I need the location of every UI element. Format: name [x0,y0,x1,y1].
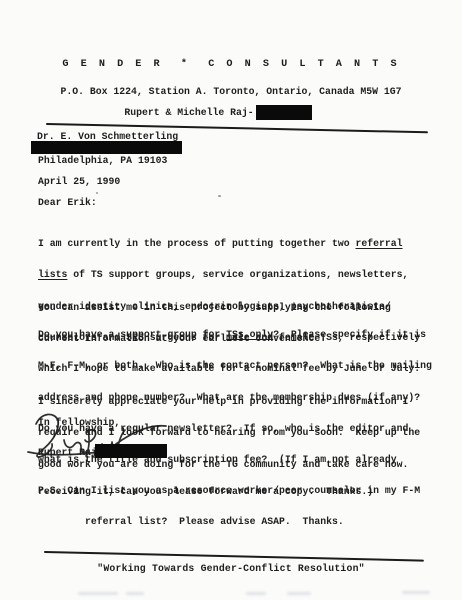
signer-name: Rupert Raj- [38,447,103,458]
org-name: G E N D E R * C O N S U L T A N T S [0,59,462,70]
line-text: P.S. Can I list you as a resource worker… [38,485,420,496]
underlined-text: lists [38,269,67,280]
scan-smudge [126,592,144,595]
redaction-box-signature [95,444,167,458]
scan-smudge [287,592,311,595]
line-text: Do you have a support group for [38,329,226,340]
scan-smudge [402,591,430,594]
scan-speck [218,195,221,197]
line-text: referral list? Please advise ASAP. Thank… [38,516,344,527]
footer-motto: "Working Towards Gender-Conflict Resolut… [0,563,462,574]
scan-smudge [78,592,118,595]
underlined-text: referral [355,238,402,249]
postscript: P.S. Can I list you as a resource worker… [38,465,420,549]
redaction-box-address [31,141,182,154]
line-text: I am currently in the process of putting… [38,238,355,249]
letter-line: lists of TS support groups, service orga… [38,270,420,280]
letter-line: referral list? Please advise ASAP. Thank… [38,517,420,527]
letter-line: Do you have a support group for TSs only… [38,330,432,340]
scanned-letter-page: G E N D E R * C O N S U L T A N T S P.O.… [0,0,462,600]
letter-line: I am currently in the process of putting… [38,239,420,249]
line-text: M-F, F-M, or both. Who is the contact pe… [38,360,432,371]
signature-stroke [116,426,166,444]
letter-line: P.S. Can I list you as a resource worker… [38,486,420,496]
scan-speck [96,192,98,194]
org-address: P.O. Box 1224, Station A. Toronto, Ontar… [0,86,462,97]
salutation: Dear Erik: [38,197,97,208]
recipient-city: Philadelphia, PA 19103 [38,155,167,166]
letter-date: April 25, 1990 [38,176,120,187]
org-contact-names: Rupert & Michelle Raj- [124,107,253,118]
line-text: of TS support groups, service organizati… [67,269,408,280]
redaction-box-header [256,105,312,120]
footer-rule [44,551,424,562]
letter-line: M-F, F-M, or both. Who is the contact pe… [38,361,432,371]
org-contacts-row: Rupert & Michelle Raj- [0,105,462,120]
underlined-text: TSs only [226,329,273,340]
scan-smudge [246,592,266,595]
line-text: ? Please specify if it is [273,329,426,340]
